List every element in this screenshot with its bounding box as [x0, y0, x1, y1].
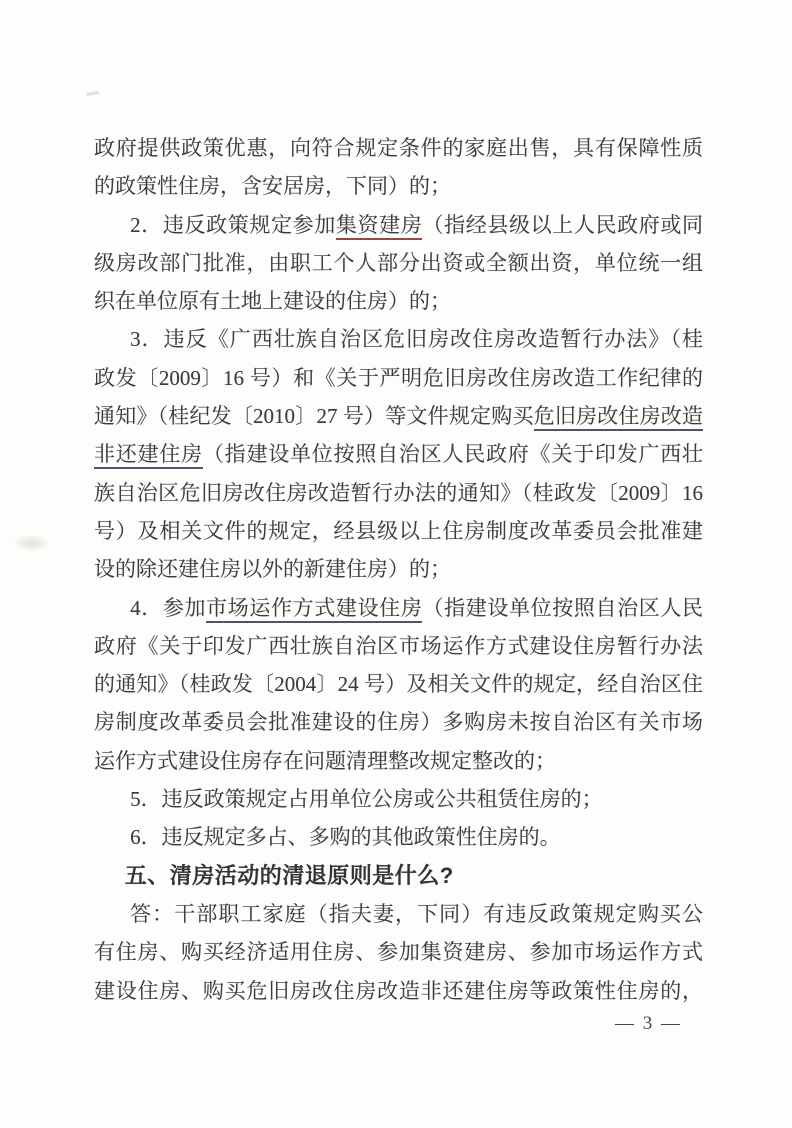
- text-line: 4．参加市场运作方式建设住房（指建设单位按照自治区人民: [94, 589, 703, 627]
- text-segment: 政发〔2009〕16 号）和《关于严明危旧房改住房改造工作纪律的: [94, 366, 703, 390]
- text-segment: 房制度改革委员会批准建设的住房）多购房未按自治区有关市场: [94, 710, 703, 734]
- text-line: 通知》（桂纪发〔2010〕27 号）等文件规定购买危旧房改住房改造: [94, 397, 703, 435]
- text-segment: 建设住房、购买危旧房改住房改造非还建住房等政策性住房的，: [94, 979, 703, 1003]
- text-line: 运作方式建设住房存在问题清理整改规定整改的；: [94, 742, 703, 780]
- text-segment: 4．参加: [130, 596, 206, 620]
- text-line: 政府《关于印发广西壮族自治区市场运作方式建设住房暂行办法: [94, 627, 703, 665]
- text-line: 2．违反政策规定参加集资建房（指经县级以上人民政府或同: [94, 206, 703, 244]
- text-segment: 运作方式建设住房存在问题清理整改规定整改的；: [94, 749, 556, 773]
- underlined-term: 集资建房: [336, 213, 423, 240]
- text-line: 政府提供政策优惠，向符合规定条件的家庭出售，具有保障性质: [94, 129, 703, 167]
- text-segment: 3．违反《广西壮族自治区危旧房改住房改造暂行办法》（桂: [130, 327, 703, 351]
- text-line: 号）及相关文件的规定，经县级以上住房制度改革委员会批准建: [94, 512, 703, 550]
- text-segment: 有住房、购买经济适用住房、参加集资建房、参加市场运作方式: [94, 940, 703, 964]
- text-line: 族自治区危旧房改住房改造暂行办法的通知》（桂政发〔2009〕16: [94, 474, 703, 512]
- text-segment: 设的除还建住房以外的新建住房）的；: [94, 557, 451, 581]
- text-line: 建设住房、购买危旧房改住房改造非还建住房等政策性住房的，: [94, 972, 703, 1010]
- underlined-term: 市场运作方式建设住房: [206, 596, 422, 623]
- text-segment: 的政策性住房，含安居房，下同）的；: [94, 174, 451, 198]
- section-heading: 五、清房活动的清退原则是什么?: [94, 857, 703, 895]
- text-line: 的通知》（桂政发〔2004〕24 号）及相关文件的规定，经自治区住: [94, 665, 703, 703]
- text-segment: 6．违反规定多占、多购的其他政策性住房的。: [130, 825, 561, 849]
- page-number: — 3 —: [615, 1013, 682, 1035]
- scan-smudge: [12, 534, 50, 552]
- text-segment: （指经县级以上人民政府或同: [422, 213, 703, 237]
- text-line: 非还建住房（指建设单位按照自治区人民政府《关于印发广西壮: [94, 435, 703, 473]
- text-line: 织在单位原有土地上建设的住房）的；: [94, 282, 703, 320]
- scanned-document-page: 政府提供政策优惠，向符合规定条件的家庭出售，具有保障性质的政策性住房，含安居房，…: [0, 0, 792, 1128]
- text-segment: （指建设单位按照自治区人民政府《关于印发广西壮: [203, 442, 703, 466]
- text-segment: 织在单位原有土地上建设的住房）的；: [94, 289, 451, 313]
- text-segment: 的通知》（桂政发〔2004〕24 号）及相关文件的规定，经自治区住: [94, 672, 703, 696]
- text-line: 5．违反政策规定占用单位公房或公共租赁住房的；: [94, 780, 703, 818]
- text-line: 答：干部职工家庭（指夫妻，下同）有违反政策规定购买公: [94, 895, 703, 933]
- text-segment: 族自治区危旧房改住房改造暂行办法的通知》（桂政发〔2009〕16: [94, 481, 703, 505]
- text-line: 政发〔2009〕16 号）和《关于严明危旧房改住房改造工作纪律的: [94, 359, 703, 397]
- text-line: 有住房、购买经济适用住房、参加集资建房、参加市场运作方式: [94, 933, 703, 971]
- underlined-term: 危旧房改住房改造: [534, 404, 703, 431]
- document-lines: 政府提供政策优惠，向符合规定条件的家庭出售，具有保障性质的政策性住房，含安居房，…: [94, 129, 703, 1010]
- text-segment: 2．违反政策规定参加: [130, 213, 336, 237]
- text-segment: 5．违反政策规定占用单位公房或公共租赁住房的；: [130, 787, 603, 811]
- underlined-term: 非还建住房: [94, 442, 203, 469]
- text-line: 设的除还建住房以外的新建住房）的；: [94, 550, 703, 588]
- text-segment: 通知》（桂纪发〔2010〕27 号）等文件规定购买: [94, 404, 534, 428]
- scan-smudge: [86, 91, 99, 96]
- text-line: 房制度改革委员会批准建设的住房）多购房未按自治区有关市场: [94, 703, 703, 741]
- text-segment: 政府《关于印发广西壮族自治区市场运作方式建设住房暂行办法: [94, 634, 703, 658]
- text-line: 级房改部门批准，由职工个人部分出资或全额出资，单位统一组: [94, 244, 703, 282]
- text-segment: 号）及相关文件的规定，经县级以上住房制度改革委员会批准建: [94, 519, 703, 543]
- text-segment: 答：干部职工家庭（指夫妻，下同）有违反政策规定购买公: [130, 902, 703, 926]
- text-line: 的政策性住房，含安居房，下同）的；: [94, 167, 703, 205]
- text-line: 6．违反规定多占、多购的其他政策性住房的。: [94, 818, 703, 856]
- text-segment: （指建设单位按照自治区人民: [422, 596, 703, 620]
- text-segment: 政府提供政策优惠，向符合规定条件的家庭出售，具有保障性质: [94, 136, 703, 160]
- text-segment: 级房改部门批准，由职工个人部分出资或全额出资，单位统一组: [94, 251, 703, 275]
- text-segment: 五、清房活动的清退原则是什么?: [125, 863, 454, 888]
- text-line: 3．违反《广西壮族自治区危旧房改住房改造暂行办法》（桂: [94, 320, 703, 358]
